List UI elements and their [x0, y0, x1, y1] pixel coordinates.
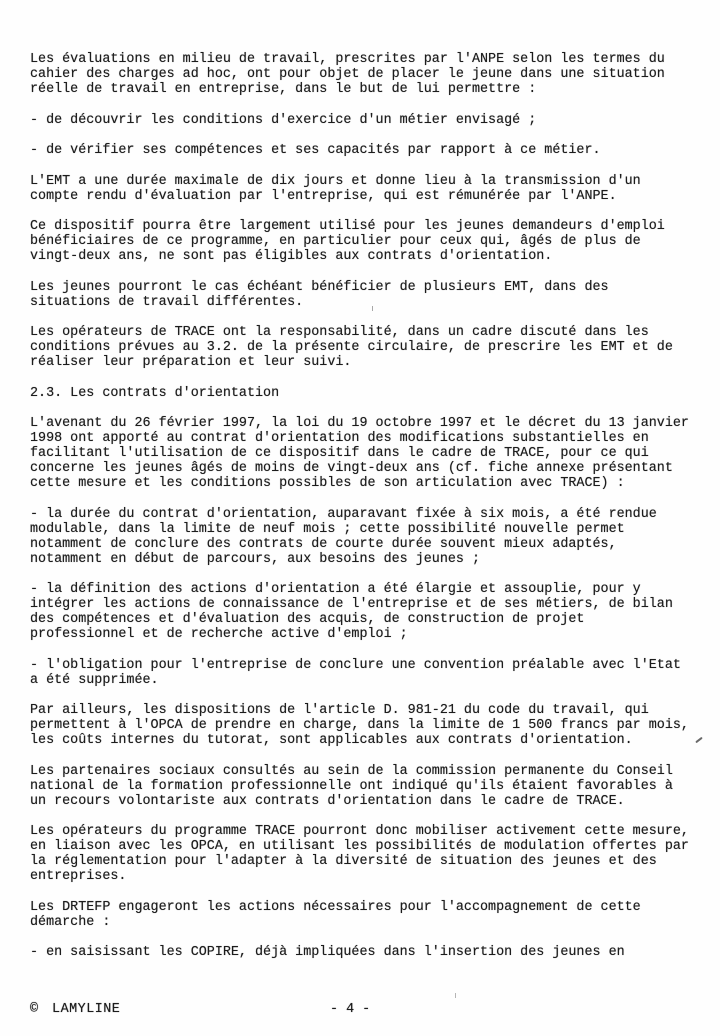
bullet-duree-contrat: - la durée du contrat d'orientation, aup…: [30, 507, 704, 567]
scanned-document-page: Les évaluations en milieu de travail, pr…: [0, 0, 720, 1036]
scan-speck: [455, 993, 456, 998]
paragraph-partenaires-sociaux: Les partenaires sociaux consultés au sei…: [30, 764, 704, 809]
paragraph-operateurs-trace: Les opérateurs de TRACE ont la responsab…: [30, 325, 704, 370]
scan-speck: [372, 306, 373, 311]
paragraph-avenant-1997: L'avenant du 26 février 1997, la loi du …: [30, 416, 704, 491]
paragraph-mobiliser-mesure: Les opérateurs du programme TRACE pourro…: [30, 824, 704, 884]
paragraph-drtefp: Les DRTEFP engageront les actions nécess…: [30, 900, 704, 930]
copyright-icon: ©: [30, 1002, 38, 1017]
section-heading-2-3: 2.3. Les contrats d'orientation: [30, 386, 704, 401]
page-number: - 4 -: [330, 1002, 370, 1017]
footer-brand: LAMYLINE: [52, 1002, 120, 1017]
paragraph-dispositif-usage: Ce dispositif pourra être largement util…: [30, 219, 704, 264]
page-footer: ©LAMYLINE - 4 -: [30, 1002, 690, 1020]
bullet-obligation-supprimee: - l'obligation pour l'entreprise de conc…: [30, 658, 704, 688]
paragraph-plusieurs-emt: Les jeunes pourront le cas échéant bénéf…: [30, 280, 704, 310]
paragraph-emt-purpose: Les évaluations en milieu de travail, pr…: [30, 52, 704, 97]
paragraph-article-d981-21: Par ailleurs, les dispositions de l'arti…: [30, 703, 704, 748]
bullet-saisissant-copire: - en saisissant les COPIRE, déjà impliqu…: [30, 945, 704, 960]
bullet-definition-actions: - la définition des actions d'orientatio…: [30, 582, 704, 642]
paragraph-emt-duration: L'EMT a une durée maximale de dix jours …: [30, 174, 704, 204]
bullet-discover-conditions: - de découvrir les conditions d'exercice…: [30, 113, 704, 128]
bullet-verify-competences: - de vérifier ses compétences et ses cap…: [30, 143, 704, 158]
